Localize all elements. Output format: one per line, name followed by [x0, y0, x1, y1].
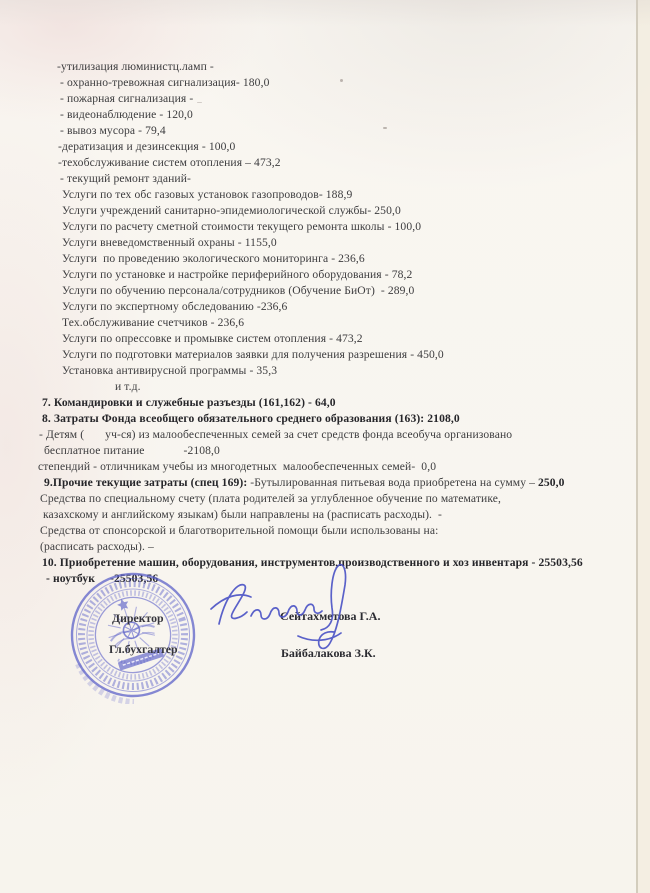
- document-line: Установка антивирусной программы - 35,3: [0, 363, 650, 379]
- document-line-text: Средства от спонсорской и благотворитель…: [40, 524, 438, 537]
- document-line: бесплатное питание -2108,0: [0, 443, 650, 459]
- document-line-text: Услуги по опрессовке и промывке систем о…: [62, 332, 363, 345]
- document-line-text: Услуги по расчету сметной стоимости теку…: [62, 220, 421, 233]
- document-line-text: - охранно-тревожная сигнализация- 180,0: [60, 76, 269, 89]
- document-line: - текущий ремонт зданий-: [0, 171, 650, 187]
- document-line-text: - видеонаблюдение - 120,0: [60, 108, 193, 121]
- document-line-text: и т.д.: [115, 380, 141, 393]
- document-line-text: -Бутылированная питьевая вода приобретен…: [250, 476, 538, 489]
- document-line: степендий - отличникам учебы из многодет…: [0, 459, 650, 475]
- document-line-text: Установка антивирусной программы - 35,3: [62, 364, 277, 377]
- document-line-text: Услуги по установке и настройке перифери…: [62, 268, 412, 281]
- document-line: Услуги по обучению персонала/сотрудников…: [0, 283, 650, 299]
- document-line: Услуги по опрессовке и промывке систем о…: [0, 331, 650, 347]
- document-line: Тех.обслуживание счетчиков - 236,6: [0, 315, 650, 331]
- document-line-text: - Детям ( уч-ся) из малообеспеченных сем…: [39, 428, 512, 441]
- document-line: Услуги по проведению экологического мони…: [0, 251, 650, 267]
- document-line: Услуги по экспертному обследованию -236,…: [0, 299, 650, 315]
- document-line: Средства от спонсорской и благотворитель…: [0, 523, 650, 539]
- document-line-text: степендий - отличникам учебы из многодет…: [38, 460, 436, 473]
- document-line-text: Услуги по тех обс газовых установок газо…: [62, 188, 352, 201]
- document-line: и т.д.: [0, 379, 650, 395]
- document-line-text: бесплатное питание -2108,0: [44, 444, 220, 457]
- document-line: казахскому и английскому языкам) были на…: [0, 507, 650, 523]
- document-line-text: - текущий ремонт зданий-: [60, 172, 191, 185]
- document-line-text: - пожарная сигнализация -: [60, 92, 193, 105]
- document-line: Услуги по расчету сметной стоимости теку…: [0, 219, 650, 235]
- document-line-text: 8. Затраты Фонда всеобщего обязательного…: [42, 412, 460, 425]
- handwritten-signature-icon: [203, 554, 373, 666]
- document-line-text: 9.Прочие текущие затраты (спец 169):: [44, 476, 250, 489]
- document-line: - охранно-тревожная сигнализация- 180,0: [0, 75, 650, 91]
- document-line-text: Услуги по проведению экологического мони…: [62, 252, 365, 265]
- document-line-text: Тех.обслуживание счетчиков - 236,6: [62, 316, 244, 329]
- document-line: 9.Прочие текущие затраты (спец 169): -Бу…: [0, 475, 650, 491]
- document-line: Услуги вневедомственный охраны - 1155,0: [0, 235, 650, 251]
- director-role-label: Директор: [112, 611, 164, 626]
- document-line: -дератизация и дезинсекция - 100,0: [0, 139, 650, 155]
- document-line: -утилизация люминистц.ламп -: [0, 59, 650, 75]
- document-line: Услуги по подготовки материалов заявки д…: [0, 347, 650, 363]
- document-lines: -утилизация люминистц.ламп -- охранно-тр…: [0, 59, 650, 587]
- document-line-text: -утилизация люминистц.ламп -: [57, 60, 214, 73]
- document-line: -техобслуживание систем отопления – 473,…: [0, 155, 650, 171]
- document-line: - пожарная сигнализация -: [0, 91, 650, 107]
- document-line: (расписать расходы). –: [0, 539, 650, 555]
- document-line: Услуги по тех обс газовых установок газо…: [0, 187, 650, 203]
- document-line: Услуги учреждений санитарно-эпидемиологи…: [0, 203, 650, 219]
- scanned-document-page: -утилизация люминистц.ламп -- охранно-тр…: [0, 0, 650, 893]
- document-line-text: -техобслуживание систем отопления – 473,…: [58, 156, 281, 169]
- scan-top-shadow: [0, 0, 650, 26]
- document-line-text: -дератизация и дезинсекция - 100,0: [58, 140, 235, 153]
- document-line-text: 7. Командировки и служебные разъезды (16…: [42, 396, 336, 409]
- document-line-text: - вывоз мусора - 79,4: [60, 124, 166, 137]
- document-line-text: Услуги по подготовки материалов заявки д…: [62, 348, 444, 361]
- document-line: - вывоз мусора - 79,4: [0, 123, 650, 139]
- document-line-text: Услуги учреждений санитарно-эпидемиологи…: [62, 204, 401, 217]
- document-line-text: Средства по специальному счету (плата ро…: [40, 492, 501, 505]
- document-line: - Детям ( уч-ся) из малообеспеченных сем…: [0, 427, 650, 443]
- document-line-text: Услуги вневедомственный охраны - 1155,0: [62, 236, 277, 249]
- document-line-text: 250,0: [538, 476, 565, 489]
- document-line: Услуги по установке и настройке перифери…: [0, 267, 650, 283]
- official-seal-stamp-icon: [64, 566, 202, 704]
- document-line-text: Услуги по обучению персонала/сотрудников…: [62, 284, 414, 297]
- document-line-text: казахскому и английскому языкам) были на…: [43, 508, 442, 521]
- document-line: Средства по специальному счету (плата ро…: [0, 491, 650, 507]
- document-line: - видеонаблюдение - 120,0: [0, 107, 650, 123]
- document-line-text: (расписать расходы). –: [40, 540, 154, 553]
- chief-accountant-role-label: Гл.бухгалтер: [109, 642, 178, 657]
- document-line: 7. Командировки и служебные разъезды (16…: [0, 395, 650, 411]
- document-line-text: Услуги по экспертному обследованию -236,…: [62, 300, 287, 313]
- document-line: 8. Затраты Фонда всеобщего обязательного…: [0, 411, 650, 427]
